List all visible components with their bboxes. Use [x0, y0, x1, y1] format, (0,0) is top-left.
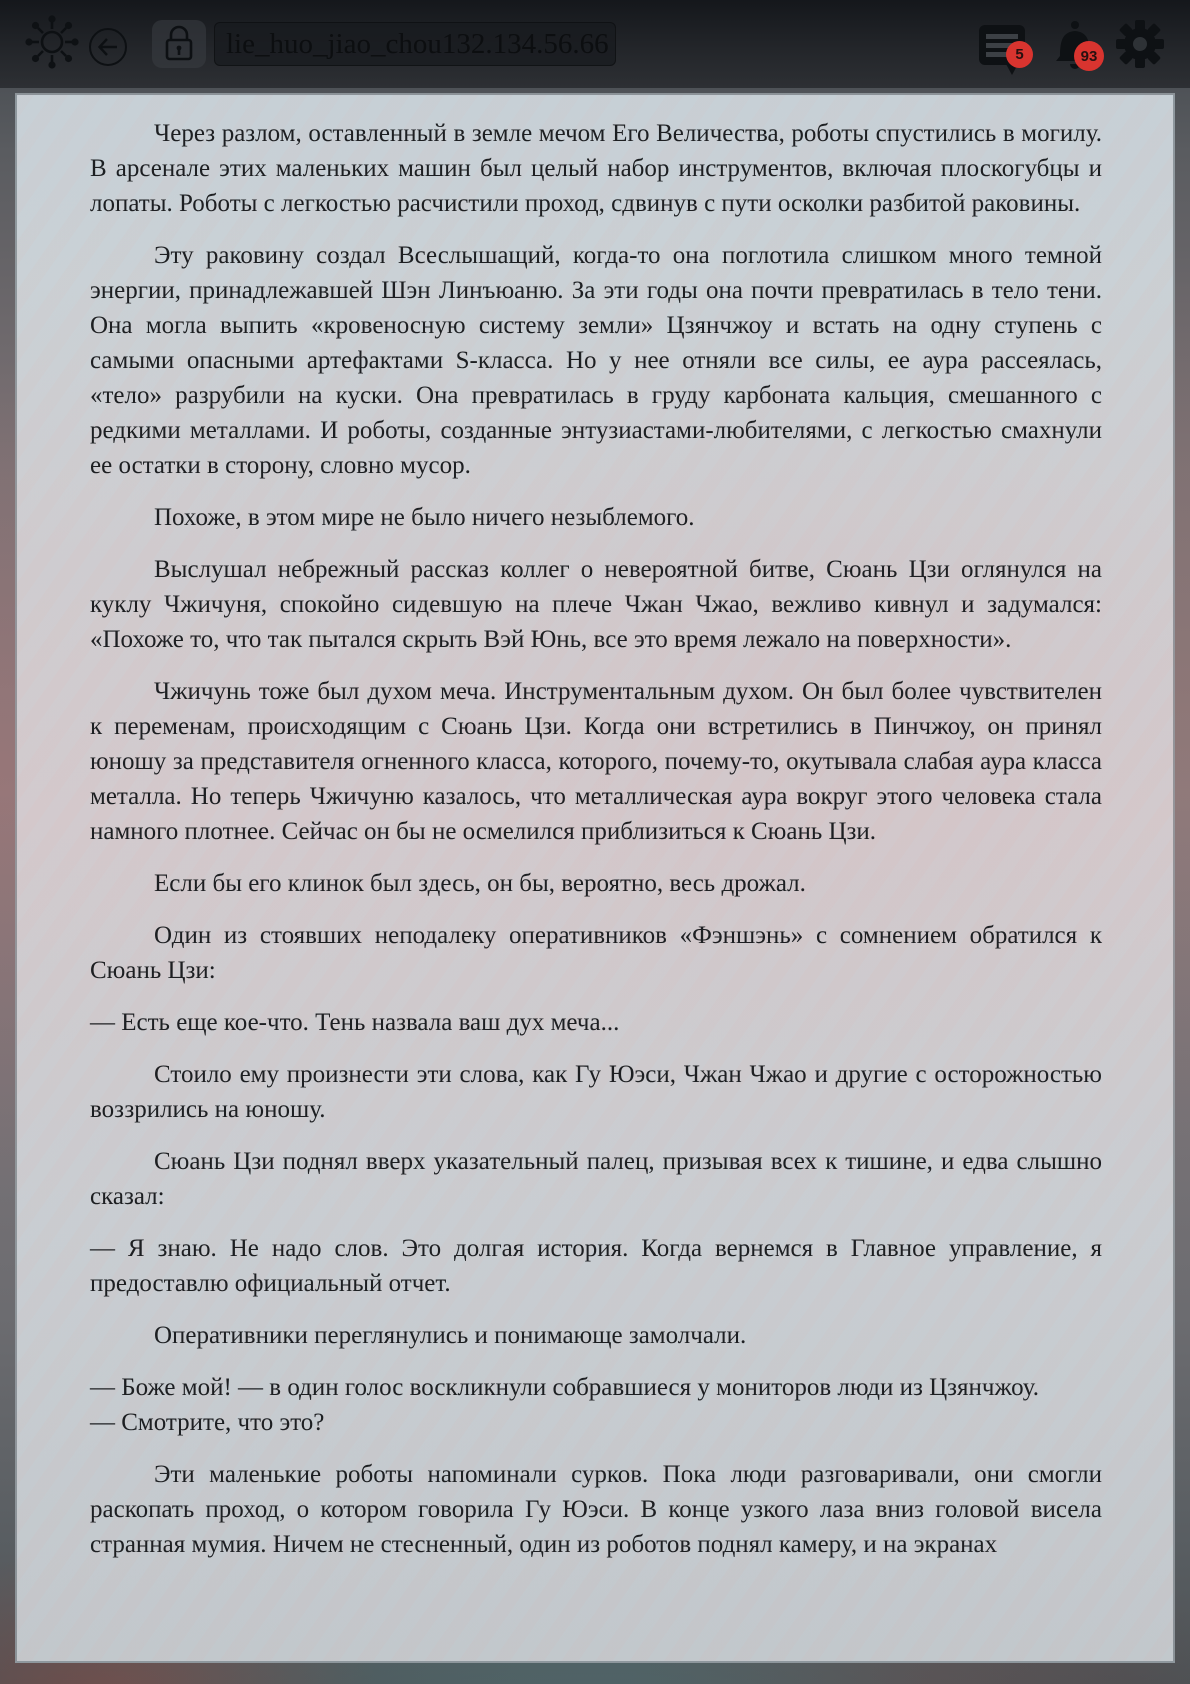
paragraph: Выслушал небрежный рассказ коллег о неве… — [90, 552, 1102, 657]
paragraph: Чжичунь тоже был духом меча. Инструмента… — [90, 674, 1102, 849]
paragraph: Сюань Цзи поднял вверх указательный пале… — [90, 1144, 1102, 1214]
paragraph: — Боже мой! — в один голос воскликнули с… — [90, 1370, 1102, 1405]
paragraph: Стоило ему произнести эти слова, как Гу … — [90, 1057, 1102, 1127]
paragraph: Эти маленькие роботы напоминали сурков. … — [90, 1457, 1102, 1562]
url-text: lie_huo_jiao_chou132.134.56.66 — [214, 28, 609, 61]
paragraph: Похоже, в этом мире не было ничего незыб… — [90, 500, 1102, 535]
notifications-badge: 93 — [1074, 41, 1104, 71]
settings-button[interactable] — [1112, 16, 1168, 72]
paragraph: — Смотрите, что это? — [90, 1405, 1102, 1440]
paragraph: Один из стоявших неподалеку оперативнико… — [90, 918, 1102, 988]
paragraph: — Я знаю. Не надо слов. Это долгая истор… — [90, 1231, 1102, 1301]
topbar: lie_huo_jiao_chou132.134.56.66 5 93 — [0, 0, 1190, 88]
lock-button[interactable] — [152, 20, 206, 68]
app-hub-icon[interactable] — [24, 13, 80, 71]
url-bar[interactable]: lie_huo_jiao_chou132.134.56.66 — [214, 22, 616, 66]
lock-icon — [160, 24, 198, 64]
paragraph: — Есть еще кое-что. Тень назвала ваш дух… — [90, 1005, 1102, 1040]
paragraph: Эту раковину создал Всеслышащий, когда-т… — [90, 238, 1102, 483]
paragraph: Если бы его клинок был здесь, он бы, вер… — [90, 866, 1102, 901]
back-button[interactable] — [88, 27, 128, 67]
paragraph: Оперативники переглянулись и понимающе з… — [90, 1318, 1102, 1353]
paragraph: Через разлом, оставленный в земле мечом … — [90, 116, 1102, 221]
messages-badge: 5 — [1006, 41, 1033, 68]
reader-page-text: Через разлом, оставленный в земле мечом … — [17, 95, 1173, 1562]
reader-page[interactable]: Через разлом, оставленный в земле мечом … — [15, 93, 1175, 1663]
